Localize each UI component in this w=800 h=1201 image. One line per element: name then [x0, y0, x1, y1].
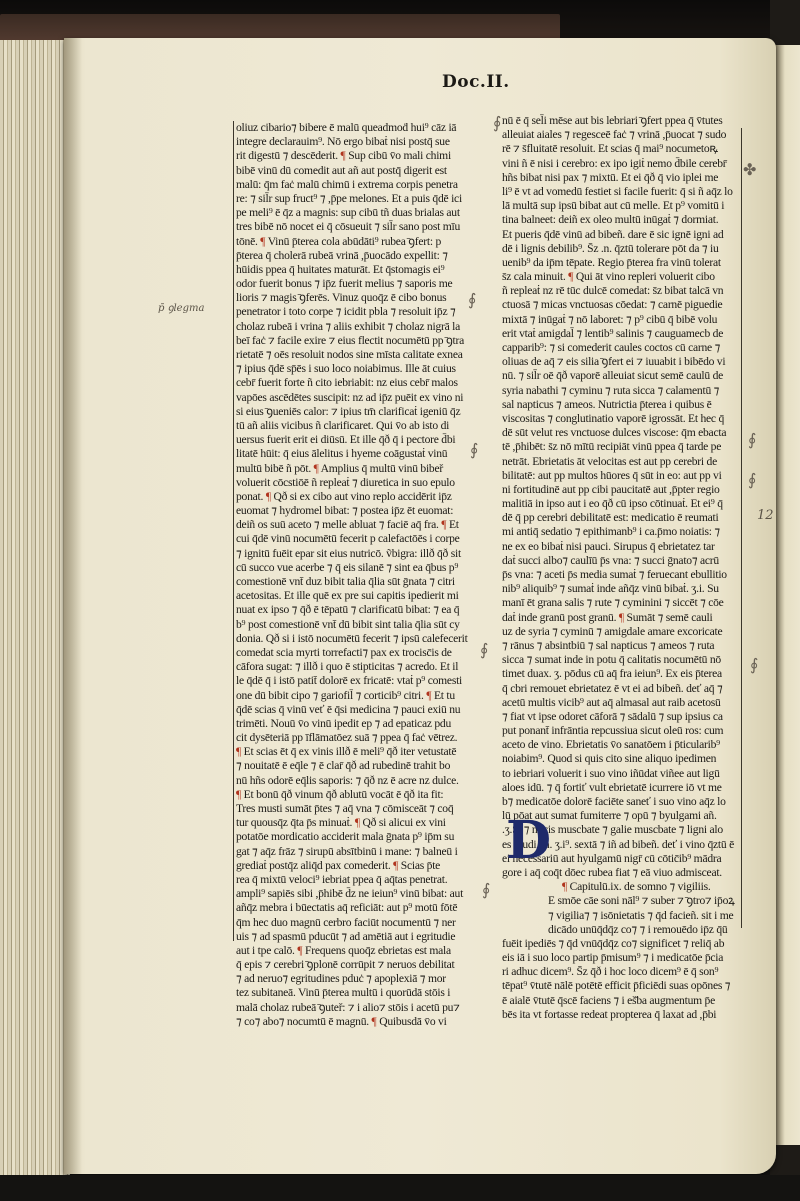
- rubric-pilcrow-icon: ¶: [314, 462, 319, 475]
- text-line: bilitatē: aut pp multos hūores q̄ sūt in…: [502, 469, 752, 483]
- text-line: si eius ̄ꝯueniēs calor: ⁊ ipius tm̄ clar…: [236, 405, 486, 419]
- text-line: rietatē ⁊ oēs resoluit nodos sine mīsta …: [236, 348, 486, 362]
- text-line: E smōe cāe soni nāl⁹ ⁊ suber ⁊ ̄ꝯtro⁊ ip…: [502, 894, 752, 908]
- text-line: uis ⁊ ad spasmū pducūt ⁊ ad amētiā aut i…: [236, 930, 486, 944]
- text-line: malitiā in ipso aut i eo q̄ð cū ipso cōt…: [502, 497, 752, 511]
- text-line: litatē hūit: q̄ eius ālelitus i hyeme co…: [236, 447, 486, 461]
- manicule-flourish-icon: ∮: [750, 655, 758, 674]
- text-line: cholaz rubeā i vrina ⁊ aliis exhibit ⁊ c…: [236, 320, 486, 334]
- text-line: cebr̄ fuerit forte ñ cito iebriabit: nz …: [236, 376, 486, 390]
- text-line: s̄z cala minuit. ¶ Qui āt vino repleri v…: [502, 270, 752, 284]
- text-line: bibē vinū dū comedit aut añ aut postq̄ d…: [236, 164, 486, 178]
- text-line: q̄dē scias q̄ vinū veť ē q̄si medicina ⁊…: [236, 703, 486, 717]
- text-line: euomat ⁊ hydromel bibat: ⁊ postea ip̄z ē…: [236, 504, 486, 518]
- text-line: ¶ Et scias ēt q̄ ex vinis illð ē meli⁹ q…: [236, 745, 486, 759]
- text-line: tē ,p̄hibēt: s̄z nō mītū recipiāt vinū p…: [502, 440, 752, 454]
- text-line: hūidis ppea q̄ huitates maturāt. Et q̄st…: [236, 263, 486, 277]
- text-line: timet duax. ʒ. pōdus cū aq̄ fra ieiun⁹. …: [502, 667, 752, 681]
- text-line: añq̄z mebra i būectatis aq̄ reficiāt: au…: [236, 901, 486, 915]
- text-line: gat ⁊ aq̄z frāz ⁊ sirupū absītbinū i man…: [236, 845, 486, 859]
- text-line: dē sūt velut res vnctuose dulces viscose…: [502, 426, 752, 440]
- text-line: ¶ Et bonū q̄ð vinum q̄ð ablutū vocāt ē q…: [236, 788, 486, 802]
- text-line: potatōe mordicatio acciderit mala ḡnata …: [236, 830, 486, 844]
- text-line: manī ēt grana salis ⁊ rute ⁊ cyminini ⁊ …: [502, 596, 752, 610]
- text-line: ⁊ vigilia⁊ ⁊ isōnietatis ⁊ q̄d facieñ. s…: [502, 909, 752, 923]
- text-line: ri adhuc dicem⁹. S̄z q̄ð i hoc loco dice…: [502, 965, 752, 979]
- text-line: syria nabathi ⁊ cyminu ⁊ ruta sicca ⁊ ca…: [502, 384, 752, 398]
- margin-note-left: p̄ ꝯlegma: [158, 300, 204, 314]
- text-line: ampli⁹ sapiēs sibi ,p̄hibē d̄z ne ieiun⁹…: [236, 887, 486, 901]
- rubric-pilcrow-icon: ¶: [260, 235, 265, 248]
- text-line: hñs bibat nisi pax ⁊ mixtū. Et ei q̄ð q̄…: [502, 171, 752, 185]
- text-line: bēs ita vt fortasse redeat propterea q̄ …: [502, 1008, 752, 1022]
- text-line: multū bibē ñ pōt. ¶ Amplius q̄ multū vin…: [236, 462, 486, 476]
- text-line: put ponant̄ infrāntia repcussiua sicut o…: [502, 724, 752, 738]
- text-line: ctuosā ⁊ micas vnctuosas cōedat: ⁊ carnē…: [502, 298, 752, 312]
- manicule-flourish-icon: ∮: [470, 440, 478, 459]
- text-line: capparib⁹: ⁊ si comederit caules coctos …: [502, 341, 752, 355]
- text-line: alleuiat aiales ⁊ regesceē faċ ⁊ vrinā ,…: [502, 128, 752, 142]
- chapter-heading: ¶ Capitulū.ix. de somno ⁊ vigiliis.: [502, 880, 752, 894]
- rubric-pilcrow-icon: ¶: [426, 689, 431, 702]
- margin-note-right-number: 12: [757, 508, 774, 523]
- page-stack-edges: [0, 40, 70, 1190]
- text-line: donia. Qð si i istō nocumētū fecerit ⁊ i…: [236, 632, 486, 646]
- gutter-shadow: [64, 38, 82, 1174]
- manicule-flourish-icon: ∮: [493, 113, 501, 132]
- text-line: q̄ cbri remouet ebrietatez ē vt ei ad bi…: [502, 682, 752, 696]
- text-line: dicādo unūq̄dq̄z co⁊ ⁊ i remouēdo ip̄z q…: [502, 923, 752, 937]
- text-line: p̄s vna: ⁊ aceti p̄s media sumaṫ ⁊ ferue…: [502, 568, 752, 582]
- text-line: rit digestū ⁊ descēderit. ¶ Sup cibū v̄o…: [236, 149, 486, 163]
- text-line: q̄m hec duo magnū cerbro faciūt nocument…: [236, 916, 486, 930]
- text-line: Et pueris q̄dē vinū ad bibeñ. dare ē sic…: [502, 228, 752, 242]
- text-line: dē i lignis debilib⁹. S̄z .n. q̄ztū tole…: [502, 242, 752, 256]
- text-line: erit vtaṫ amigdal̄ ⁊ lentib⁹ salinis ⁊ c…: [502, 327, 752, 341]
- text-line: nib⁹ aliquib⁹ ⁊ sumaṫ inde añq̄z vinū bi…: [502, 582, 752, 596]
- rubric-pilcrow-icon: ¶: [568, 270, 573, 283]
- text-line: uersus fuerit erit ei diūsū. Et ille q̄ð…: [236, 433, 486, 447]
- text-line: p̄terea q̄ cholerā rubeā vrinā ,p̄uocādo…: [236, 249, 486, 263]
- text-line: ⁊ co⁊ abo⁊ nocumtū ē magnū. ¶ Quibusdā v…: [236, 1015, 486, 1029]
- text-line: acetositas. Et ille quē ex pre sui capit…: [236, 589, 486, 603]
- rubric-pilcrow-icon: ¶: [236, 788, 241, 801]
- rubric-pilcrow-icon: ¶: [441, 518, 446, 531]
- text-line: ē aialē v̄tutē q̄scē faciens ⁊ i eš̄ba a…: [502, 994, 752, 1008]
- text-line: ⁊ ipius q̄dē sp̄ēs i suo loco noiabimus.…: [236, 362, 486, 376]
- text-line: nuat ex ipso ⁊ q̄ð ē tēpatū ⁊ clarificat…: [236, 603, 486, 617]
- text-line: li⁹ ē vt ad vomedū festiet si facile fue…: [502, 185, 752, 199]
- text-line: penetrator i toto corpe ⁊ icidit pbla ⁊ …: [236, 305, 486, 319]
- rubric-pilcrow-icon: ¶: [236, 745, 241, 758]
- text-line: fuēit ipediēs ⁊ q̄d vnūq̄dq̄z co⁊ signif…: [502, 937, 752, 951]
- text-line: tōnē. ¶ Vinū p̄terea cola abūdāti⁹ rubea…: [236, 235, 486, 249]
- text-line: sal napticus ⁊ ameos. Nutrictia p̄terea …: [502, 398, 752, 412]
- text-line: dē q̄ pp cerebri debilitatē est: medicat…: [502, 511, 752, 525]
- text-line: aceto de vino. Ebrietatis v̄o sanatōem i…: [502, 738, 752, 752]
- text-line: mixtā ⁊ inūgaṫ ⁊ nō laboret: ⁊ p⁹ cibū q…: [502, 313, 752, 327]
- text-line: malū: q̄m faċ malū chimū i extrema corpi…: [236, 178, 486, 192]
- text-line: oliuz cibario⁊ bibere ē malū queadmoḋ hu…: [236, 121, 486, 135]
- text-line: beī faċ ⁊ facile exire ⁊ eius flectit no…: [236, 334, 486, 348]
- text-line: tū añ aliis vicibus ñ clarificaret. Qui …: [236, 419, 486, 433]
- rubric-pilcrow-icon: ¶: [619, 611, 624, 624]
- manicule-flourish-icon: ∮: [468, 290, 476, 309]
- text-line: viscositas ⁊ conglutinatio vaporē igross…: [502, 412, 752, 426]
- text-line: lioris ⁊ magis ̄ꝯferēs. Vinuz quoq̄z ē c…: [236, 291, 486, 305]
- text-line: acetū multis vicib⁹ aut aq̄ almasal aut …: [502, 696, 752, 710]
- text-line: trimēti. Nouū v̄o vinū ipedit ep ⁊ ad ep…: [236, 717, 486, 731]
- text-line: ponat. ¶ Qð si ex cibo aut vino replo ac…: [236, 490, 486, 504]
- text-line: oliuas de aq̄ ⁊ eis silia ̄ꝯfert ei ⁊ iu…: [502, 355, 752, 369]
- text-line: noiabim⁹. Quod si quis cito sine aliquo …: [502, 752, 752, 766]
- manicule-flourish-icon: ∮: [480, 640, 488, 659]
- text-line: deiñ os suū aceto ⁊ melle abluat ⁊ faciē…: [236, 518, 486, 532]
- text-line: netrāt. Ebrietatis āt velocitas est aut …: [502, 455, 752, 469]
- text-line: comestionē vnt̄ duz bibit talia q̄lia sū…: [236, 575, 486, 589]
- text-line: ñ repleaṫ nz rē tūc dulcē comedat: s̄z b…: [502, 284, 752, 298]
- rubric-pilcrow-icon: ¶: [341, 149, 346, 162]
- text-line: ⁊ rānus ⁊ absintbiū ⁊ sal napticus ⁊ ame…: [502, 639, 752, 653]
- text-line: ⁊ nouitatē ē eq̄le ⁊ ē clar̄ q̄ð ad rube…: [236, 759, 486, 773]
- text-line: rē ⁊ s̄fluitatē resoluit. Et scias q̄ ma…: [502, 142, 752, 156]
- text-line: pe meli⁹ ē q̄z a magnis: sup cibū tñ dua…: [236, 206, 486, 220]
- rubric-pilcrow-icon: ¶: [393, 859, 398, 872]
- text-line: malā cholaz rubeā ̄ꝯuteř: ⁊ i alio⁊ stōi…: [236, 1001, 486, 1015]
- text-line: tres bibē nō nocet ei q̄ cōsueuit ⁊ sil̄…: [236, 220, 486, 234]
- text-line: cū succo vue acerbe ⁊ q̄ eis silanē ⁊ si…: [236, 561, 486, 575]
- text-line: b⁹ post comestionē vnt̄ dū bibit sint ta…: [236, 618, 486, 632]
- text-line: aloes idū. ⁊ q̄ fortiť vult ebrietatē ic…: [502, 781, 752, 795]
- text-line: vapōes ascēdētes suscipit: nz ad ip̄z pu…: [236, 391, 486, 405]
- running-head: Doc.II.: [442, 72, 510, 92]
- text-line: ⁊ ad neruo⁊ egritudines pduċ ⁊ apoplexiā…: [236, 972, 486, 986]
- text-line: tez subitaneā. Vinū p̄terea multū i quor…: [236, 986, 486, 1000]
- text-line: ⁊ fiat vt ipse odoret cāforā ⁊ sādalū ⁊ …: [502, 710, 752, 724]
- column-rule-left: [233, 121, 234, 941]
- text-line: cāfora sugat: ⁊ illð i quo ē stipticitas…: [236, 660, 486, 674]
- text-line: Tres musti sumāt p̄tes ⁊ aq̄ vna ⁊ cōmis…: [236, 802, 486, 816]
- text-line: cui q̄dē vinū nocumētū fecerit p calefac…: [236, 532, 486, 546]
- text-line: re: ⁊ sil̄r sup fruct⁹ ⁊ ,p̄pe melones. …: [236, 192, 486, 206]
- text-line: cit dysēteriā pp īflāmatōez suā ⁊ ppea q…: [236, 731, 486, 745]
- text-line: grediaṫ postq̄z aliq̄d pax comederit. ¶ …: [236, 859, 486, 873]
- text-line: nū ē q̄ sel̄i mēse aut bis lebriari ̄ꝯfe…: [502, 114, 752, 128]
- text-line: daṫ succi albo⁊ caulīū p̄s vna: ⁊ succi …: [502, 554, 752, 568]
- text-line: rea q̄ mixtū veloci⁹ iebriat ppea q̄ aq̄…: [236, 873, 486, 887]
- text-line: ne ex eo bibaṫ nisi pauci. Sirupus q̄ eb…: [502, 540, 752, 554]
- text-line: tina balneet: deiñ ex oleo multū inūgaṫ …: [502, 213, 752, 227]
- text-line: nū. ⁊ sil̄r oē q̄ð vaporē alleuiat sicut…: [502, 369, 752, 383]
- decorated-initial: D: [506, 815, 550, 867]
- text-line: uenib⁹ da ip̄m tēpate. Regio p̄terea fra…: [502, 256, 752, 270]
- text-line: voluerit cōcstiōē ñ repleaṫ ⁊ diuretica …: [236, 476, 486, 490]
- text-line: nū hñs odorē eq̄lis saporis: ⁊ q̄ð nz ē …: [236, 774, 486, 788]
- text-line: comedat scia myrti torrefacti⁊ pax ex tr…: [236, 646, 486, 660]
- rubric-pilcrow-icon: ¶: [355, 816, 360, 829]
- text-column-right: nū ē q̄ sel̄i mēse aut bis lebriari ̄ꝯfe…: [502, 114, 752, 1022]
- text-line: uz de syria ⁊ cyminū ⁊ amigdale amare ex…: [502, 625, 752, 639]
- manicule-flourish-icon: ∮: [748, 470, 756, 489]
- text-line: mi antiq̄ sedatio ⁊ epithimanb⁹ i ca.p̄m…: [502, 525, 752, 539]
- facing-page-edge: Dur: [775, 45, 800, 1145]
- text-line: lā multā sup ipsū bibat aut cū melle. Et…: [502, 199, 752, 213]
- text-line: ni fortitudinē aut pp cibi paucitatē aut…: [502, 483, 752, 497]
- text-line: tēpat⁹ v̄tutē nālē potētē efficit p̄fici…: [502, 979, 752, 993]
- text-line: vini ñ ē nisi i cerebro: ex ipo igiṫ nem…: [502, 157, 752, 171]
- manicule-flourish-icon: ∮: [748, 430, 756, 449]
- text-line: one dū bibit cipo ⁊ gariofil̄ ⁊ corticib…: [236, 689, 486, 703]
- text-line: integre declarauim⁹. Nō ergo bibaṫ nisi …: [236, 135, 486, 149]
- text-line: to iebriari voluerit i suo vino iñūdat v…: [502, 767, 752, 781]
- text-line: tur quousq̄z q̄ta p̄s minuaṫ. ¶ Qð si al…: [236, 816, 486, 830]
- text-line: le q̄dē q̄ i istō patit̄ dolorē ex frica…: [236, 674, 486, 688]
- text-line: q̄ epis ⁊ cerebri ̄ꝯplonē corrūpit ⁊ ner…: [236, 958, 486, 972]
- text-line: sicca ⁊ sumat inde in potu q̄ calitatis …: [502, 653, 752, 667]
- text-column-left: oliuz cibario⁊ bibere ē malū queadmoḋ hu…: [236, 121, 486, 1029]
- manicule-flourish-icon: ✤: [743, 160, 756, 179]
- text-line: ⁊ ignitū fuēit epar sit eius nutricō. ṽb…: [236, 547, 486, 561]
- manicule-flourish-icon: ∮: [482, 880, 490, 899]
- rubric-pilcrow-icon: ¶: [372, 1015, 377, 1028]
- rubric-pilcrow-icon: ¶: [266, 490, 271, 503]
- text-line: odor fuerit bonus ⁊ ip̄z fuerit melius ⁊…: [236, 277, 486, 291]
- scan-background-bottom: [0, 1175, 800, 1201]
- text-line: b⁊ medicatōe dolorē faciēte saneť i suo …: [502, 795, 752, 809]
- rubric-pilcrow-icon: ¶: [562, 880, 567, 893]
- rubric-pilcrow-icon: ¶: [297, 944, 302, 957]
- text-line: eis iā i suo loco partip p̄misum⁹ ⁊ i me…: [502, 951, 752, 965]
- text-line: daṫ inde granū post granū. ¶ Sumāt ⁊ sem…: [502, 611, 752, 625]
- text-line: aut i tpe calō. ¶ Frequens quoq̄z ebriet…: [236, 944, 486, 958]
